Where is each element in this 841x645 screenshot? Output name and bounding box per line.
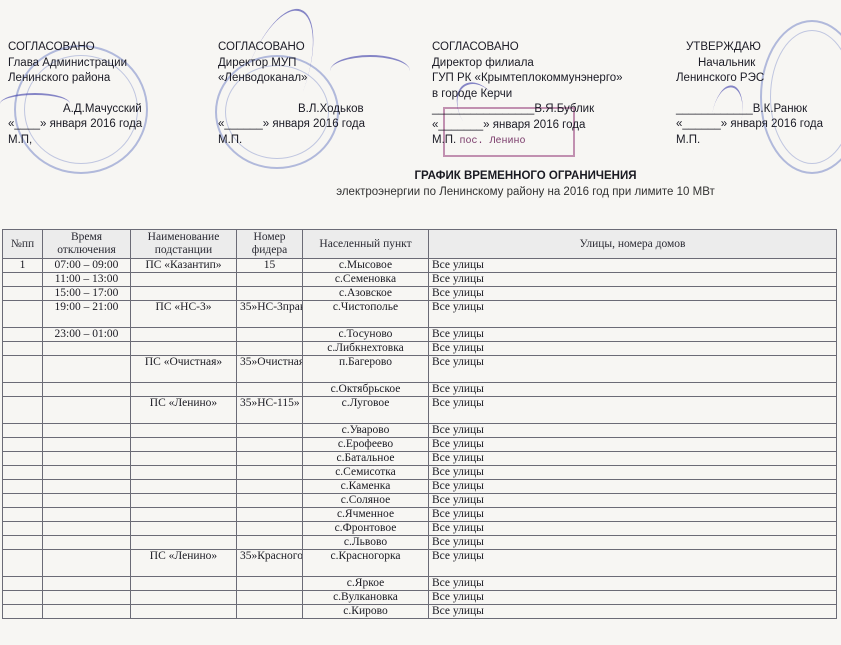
- cell-number: [3, 328, 43, 342]
- cell-feeder: [237, 342, 303, 356]
- table-row: с.КаменкаВсе улицы: [3, 480, 837, 494]
- cell-locality: с.Ячменное: [303, 508, 429, 522]
- table-row: с.ВулкановкаВсе улицы: [3, 591, 837, 605]
- cell-time: [43, 494, 131, 508]
- header-number: №пп: [3, 230, 43, 259]
- table-row: с.СоляноеВсе улицы: [3, 494, 837, 508]
- header-locality: Населенный пункт: [303, 230, 429, 259]
- cell-substation: [131, 424, 237, 438]
- cell-time: 15:00 – 17:00: [43, 287, 131, 301]
- approval-position: Ленинского района: [8, 71, 142, 87]
- cell-time: [43, 536, 131, 550]
- cell-substation: [131, 605, 237, 619]
- table-row: с.ЯркоеВсе улицы: [3, 577, 837, 591]
- cell-number: [3, 301, 43, 328]
- cell-substation: [131, 438, 237, 452]
- cell-time: [43, 591, 131, 605]
- cell-number: [3, 466, 43, 480]
- cell-time: 23:00 – 01:00: [43, 328, 131, 342]
- cell-feeder: [237, 273, 303, 287]
- cell-streets: Все улицы: [429, 550, 837, 577]
- header-streets: Улицы, номера домов: [429, 230, 837, 259]
- cell-streets: Все улицы: [429, 577, 837, 591]
- cell-number: [3, 480, 43, 494]
- cell-substation: [131, 383, 237, 397]
- cell-locality: с.Батальное: [303, 452, 429, 466]
- cell-feeder: [237, 605, 303, 619]
- cell-feeder: [237, 452, 303, 466]
- cell-substation: [131, 287, 237, 301]
- cell-substation: [131, 273, 237, 287]
- approval-seal: М.П.: [218, 133, 365, 149]
- approval-seal: М.П.: [676, 133, 823, 149]
- cell-feeder: [237, 383, 303, 397]
- cell-number: [3, 452, 43, 466]
- cell-number: [3, 397, 43, 424]
- cell-locality: с.Азовское: [303, 287, 429, 301]
- table-row: с.ЛьвовоВсе улицы: [3, 536, 837, 550]
- cell-time: [43, 438, 131, 452]
- table-row: ПС «Ленино»35»НС-115»с.ЛуговоеВсе улицы: [3, 397, 837, 424]
- cell-substation: ПС «Казантип»: [131, 259, 237, 273]
- approval-signatory: В.Л.Ходьков: [218, 102, 365, 118]
- cell-locality: с.Фронтовое: [303, 522, 429, 536]
- cell-locality: с.Каменка: [303, 480, 429, 494]
- approval-seal: М.П,: [8, 133, 142, 149]
- cell-number: [3, 508, 43, 522]
- cell-streets: Все улицы: [429, 508, 837, 522]
- cell-substation: [131, 536, 237, 550]
- cell-number: [3, 383, 43, 397]
- table-row: ПС «Очистная»35»Очистная»п.БагеровоВсе у…: [3, 356, 837, 383]
- header-feeder: Номер фидера: [237, 230, 303, 259]
- cell-number: [3, 550, 43, 577]
- cell-streets: Все улицы: [429, 301, 837, 328]
- cell-number: [3, 591, 43, 605]
- cell-number: [3, 287, 43, 301]
- cell-locality: с.Октябрьское: [303, 383, 429, 397]
- cell-substation: [131, 522, 237, 536]
- cell-streets: Все улицы: [429, 273, 837, 287]
- cell-feeder: [237, 287, 303, 301]
- approval-position: Директор филиала: [432, 56, 623, 72]
- cell-locality: с.Луговое: [303, 397, 429, 424]
- cell-substation: ПС «Очистная»: [131, 356, 237, 383]
- document-title: ГРАФИК ВРЕМЕННОГО ОГРАНИЧЕНИЯ: [105, 170, 841, 182]
- cell-locality: с.Вулкановка: [303, 591, 429, 605]
- cell-streets: Все улицы: [429, 480, 837, 494]
- table-row: 11:00 – 13:00с.СеменовкаВсе улицы: [3, 273, 837, 287]
- cell-time: [43, 397, 131, 424]
- cell-streets: Все улицы: [429, 591, 837, 605]
- approval-block-lenvodokanal: СОГЛАСОВАНО Директор МУП «Ленводоканал» …: [218, 40, 365, 148]
- cell-time: 19:00 – 21:00: [43, 301, 131, 328]
- cell-number: 1: [3, 259, 43, 273]
- cell-feeder: [237, 591, 303, 605]
- cell-locality: с.Уварово: [303, 424, 429, 438]
- cell-substation: [131, 452, 237, 466]
- cell-streets: Все улицы: [429, 287, 837, 301]
- cell-locality: с.Соляное: [303, 494, 429, 508]
- approval-signatory: ________________В.Я.Бублик: [432, 102, 623, 118]
- cell-streets: Все улицы: [429, 438, 837, 452]
- cell-time: [43, 522, 131, 536]
- approval-heading: СОГЛАСОВАНО: [432, 40, 623, 56]
- cell-substation: [131, 466, 237, 480]
- cell-streets: Все улицы: [429, 424, 837, 438]
- approval-position: в городе Керчи: [432, 87, 623, 103]
- approval-block-res: УТВЕРЖДАЮ Начальник Ленинского РЭС _____…: [676, 40, 823, 148]
- cell-substation: [131, 494, 237, 508]
- cell-time: 11:00 – 13:00: [43, 273, 131, 287]
- table-row: с.УваровоВсе улицы: [3, 424, 837, 438]
- cell-time: [43, 577, 131, 591]
- table-row: с.ФронтовоеВсе улицы: [3, 522, 837, 536]
- cell-locality: с.Семеновка: [303, 273, 429, 287]
- approval-position: Ленинского РЭС: [676, 71, 823, 87]
- cell-time: [43, 508, 131, 522]
- cell-locality: с.Ерофеево: [303, 438, 429, 452]
- cell-locality: с.Семисотка: [303, 466, 429, 480]
- cell-streets: Все улицы: [429, 536, 837, 550]
- cell-feeder: [237, 536, 303, 550]
- cell-substation: [131, 577, 237, 591]
- cell-time: [43, 480, 131, 494]
- table-row: с.ОктябрьскоеВсе улицы: [3, 383, 837, 397]
- approval-signatory: А.Д.Мачусский: [8, 102, 142, 118]
- table-row: 15:00 – 17:00с.АзовскоеВсе улицы: [3, 287, 837, 301]
- cell-time: [43, 424, 131, 438]
- cell-streets: Все улицы: [429, 328, 837, 342]
- table-row: 23:00 – 01:00с.ТосуновоВсе улицы: [3, 328, 837, 342]
- table-header-row: №пп Время отключения Наименование подста…: [3, 230, 837, 259]
- cell-time: [43, 550, 131, 577]
- cell-time: 07:00 – 09:00: [43, 259, 131, 273]
- cell-substation: [131, 508, 237, 522]
- cell-number: [3, 273, 43, 287]
- approval-block-administration: СОГЛАСОВАНО Глава Администрации Ленинско…: [8, 40, 142, 148]
- cell-feeder: 35»НС-115»: [237, 397, 303, 424]
- cell-time: [43, 452, 131, 466]
- cell-feeder: [237, 328, 303, 342]
- cell-number: [3, 577, 43, 591]
- approval-date: «______» января 2016 года: [676, 117, 823, 133]
- approval-date: «______» января 2016 года: [218, 117, 365, 133]
- cell-number: [3, 424, 43, 438]
- cell-locality: с.Чистополье: [303, 301, 429, 328]
- approval-block-krymteplo: СОГЛАСОВАНО Директор филиала ГУП РК «Кры…: [432, 40, 623, 150]
- cell-number: [3, 494, 43, 508]
- cell-streets: Все улицы: [429, 383, 837, 397]
- table-row: ПС «Ленино»35»Красногорка»с.КрасногоркаВ…: [3, 550, 837, 577]
- cell-substation: ПС «Ленино»: [131, 550, 237, 577]
- cell-streets: Все улицы: [429, 452, 837, 466]
- cell-number: [3, 342, 43, 356]
- cell-number: [3, 438, 43, 452]
- cell-streets: Все улицы: [429, 342, 837, 356]
- cell-number: [3, 536, 43, 550]
- approval-seal: М.П. пос. Ленино: [432, 133, 623, 150]
- cell-locality: с.Львово: [303, 536, 429, 550]
- cell-streets: Все улицы: [429, 494, 837, 508]
- cell-feeder: [237, 494, 303, 508]
- table-row: с.БатальноеВсе улицы: [3, 452, 837, 466]
- header-substation: Наименование подстанции: [131, 230, 237, 259]
- cell-substation: [131, 480, 237, 494]
- cell-feeder: [237, 522, 303, 536]
- cell-feeder: 35»НС-3прав.»: [237, 301, 303, 328]
- cell-feeder: [237, 424, 303, 438]
- cell-substation: [131, 328, 237, 342]
- cell-locality: п.Багерово: [303, 356, 429, 383]
- cell-feeder: [237, 577, 303, 591]
- table-row: с.ЛибкнехтовкаВсе улицы: [3, 342, 837, 356]
- cell-feeder: [237, 508, 303, 522]
- approval-position: «Ленводоканал»: [218, 71, 365, 87]
- cell-feeder: [237, 466, 303, 480]
- cell-time: [43, 605, 131, 619]
- cell-feeder: 35»Очистная»: [237, 356, 303, 383]
- cell-time: [43, 342, 131, 356]
- header-time: Время отключения: [43, 230, 131, 259]
- cell-feeder: [237, 438, 303, 452]
- approval-heading: СОГЛАСОВАНО: [218, 40, 365, 56]
- approval-heading: УТВЕРЖДАЮ: [676, 40, 823, 56]
- cell-locality: с.Тосуново: [303, 328, 429, 342]
- cell-time: [43, 356, 131, 383]
- approval-date: «____» января 2016 года: [8, 117, 142, 133]
- stamp-text: пос. Ленино: [459, 136, 525, 147]
- approval-position: Директор МУП: [218, 56, 365, 72]
- table-row: 19:00 – 21:00ПС «НС-3»35»НС-3прав.»с.Чис…: [3, 301, 837, 328]
- cell-substation: [131, 342, 237, 356]
- approval-position: ГУП РК «Крымтеплокоммунэнерго»: [432, 71, 623, 87]
- cell-locality: с.Красногорка: [303, 550, 429, 577]
- cell-streets: Все улицы: [429, 605, 837, 619]
- cell-locality: с.Мысовое: [303, 259, 429, 273]
- table-row: с.ЯчменноеВсе улицы: [3, 508, 837, 522]
- cell-streets: Все улицы: [429, 356, 837, 383]
- approval-date: «_______» января 2016 года: [432, 118, 623, 134]
- cell-number: [3, 356, 43, 383]
- cell-substation: ПС «Ленино»: [131, 397, 237, 424]
- approval-position: Начальник: [676, 56, 823, 72]
- approval-heading: СОГЛАСОВАНО: [8, 40, 142, 56]
- cell-locality: с.Либкнехтовка: [303, 342, 429, 356]
- table-row: с.ЕрофеевоВсе улицы: [3, 438, 837, 452]
- cell-number: [3, 522, 43, 536]
- cell-locality: с.Кирово: [303, 605, 429, 619]
- cell-streets: Все улицы: [429, 522, 837, 536]
- cell-feeder: [237, 480, 303, 494]
- cell-feeder: 15: [237, 259, 303, 273]
- cell-feeder: 35»Красногорка»: [237, 550, 303, 577]
- approval-signatory: ____________В.К.Ранюк: [676, 102, 823, 118]
- table-row: 107:00 – 09:00ПС «Казантип»15с.МысовоеВс…: [3, 259, 837, 273]
- cell-number: [3, 605, 43, 619]
- cell-streets: Все улицы: [429, 259, 837, 273]
- cell-streets: Все улицы: [429, 466, 837, 480]
- cell-time: [43, 383, 131, 397]
- cell-substation: ПС «НС-3»: [131, 301, 237, 328]
- outage-schedule-table: №пп Время отключения Наименование подста…: [2, 229, 837, 619]
- approval-position: Глава Администрации: [8, 56, 142, 72]
- document-subtitle: электроэнергии по Ленинскому району на 2…: [105, 186, 841, 198]
- cell-locality: с.Яркое: [303, 577, 429, 591]
- table-row: с.КировоВсе улицы: [3, 605, 837, 619]
- cell-substation: [131, 591, 237, 605]
- cell-streets: Все улицы: [429, 397, 837, 424]
- cell-time: [43, 466, 131, 480]
- table-row: с.СемисоткаВсе улицы: [3, 466, 837, 480]
